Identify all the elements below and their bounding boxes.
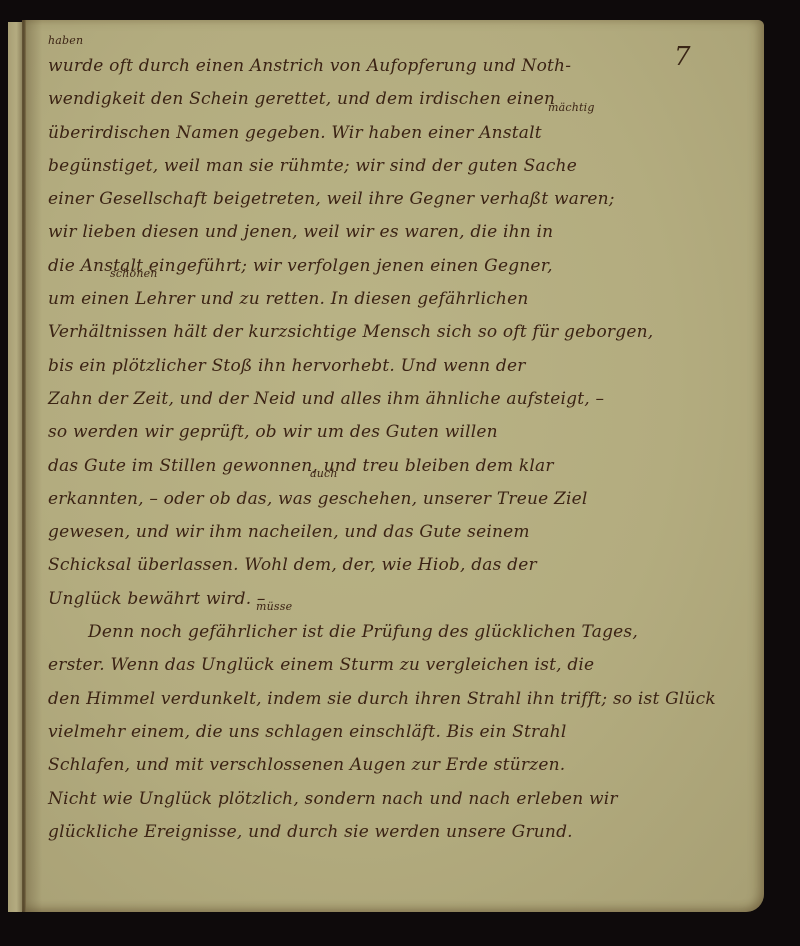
manuscript-line: gewesen, und wir ihm nacheilen, und das …: [48, 516, 668, 549]
manuscript-page: 7 haben wurde oft durch einen Anstrich v…: [22, 20, 764, 912]
manuscript-line: begünstiget, weil man sie rühmte; wir si…: [48, 150, 668, 183]
interlinear-insertion: haben: [48, 34, 83, 48]
interlinear-insertion: müsse: [256, 600, 292, 614]
line-text: vielmehr einem, die uns schlagen einschl…: [48, 722, 566, 742]
manuscript-line: Unglück bewährt wird. –: [48, 583, 668, 616]
line-text: begünstiget, weil man sie rühmte; wir si…: [48, 156, 577, 176]
line-text: wendigkeit den Schein gerettet, und dem …: [48, 89, 555, 109]
line-text: glückliche Ereignisse, und durch sie wer…: [48, 822, 573, 842]
manuscript-line: haben wurde oft durch einen Anstrich von…: [48, 50, 668, 83]
line-text: einer Gesellschaft beigetreten, weil ihr…: [48, 189, 615, 209]
spine-strip: [8, 22, 22, 912]
line-text: Unglück bewährt wird. –: [48, 589, 266, 609]
line-text: das Gute im Stillen gewonnen, und treu b…: [48, 456, 554, 476]
manuscript-line: so werden wir geprüft, ob wir um des Gut…: [48, 416, 668, 449]
manuscript-line: auch erkannten, – oder ob das, was gesch…: [48, 483, 668, 516]
interlinear-insertion: schönen: [110, 267, 158, 281]
handwritten-text-block: haben wurde oft durch einen Anstrich von…: [48, 50, 668, 849]
manuscript-line: Zahn der Zeit, und der Neid und alles ih…: [48, 383, 668, 416]
line-text: den Himmel verdunkelt, indem sie durch i…: [48, 689, 716, 709]
line-text: Schlafen, und mit verschlossenen Augen z…: [48, 755, 565, 775]
line-text: überirdischen Namen gegeben. Wir haben e…: [48, 123, 542, 143]
line-text: bis ein plötzlicher Stoß ihn hervorhebt.…: [48, 356, 526, 376]
manuscript-line: den Himmel verdunkelt, indem sie durch i…: [48, 683, 668, 716]
line-text: erkannten, – oder ob das, was geschehen,…: [48, 489, 588, 509]
manuscript-line-paragraph-start: müsse Denn noch gefährlicher ist die Prü…: [48, 616, 668, 649]
interlinear-insertion: auch: [310, 467, 338, 481]
manuscript-line: Nicht wie Unglück plötzlich, sondern nac…: [48, 783, 668, 816]
manuscript-line: erster. Wenn das Unglück einem Sturm zu …: [48, 649, 668, 682]
line-text: erster. Wenn das Unglück einem Sturm zu …: [48, 655, 594, 675]
line-text: Zahn der Zeit, und der Neid und alles ih…: [48, 389, 604, 409]
binding-shadow: [26, 20, 42, 912]
manuscript-line: bis ein plötzlicher Stoß ihn hervorhebt.…: [48, 350, 668, 383]
manuscript-line: Schicksal überlassen. Wohl dem, der, wie…: [48, 549, 668, 582]
manuscript-line: schönen um einen Lehrer und zu retten. I…: [48, 283, 668, 316]
manuscript-line: Schlafen, und mit verschlossenen Augen z…: [48, 749, 668, 782]
manuscript-line: glückliche Ereignisse, und durch sie wer…: [48, 816, 668, 849]
manuscript-line: Verhältnissen hält der kurzsichtige Mens…: [48, 316, 668, 349]
line-text: Schicksal überlassen. Wohl dem, der, wie…: [48, 555, 537, 575]
manuscript-line: das Gute im Stillen gewonnen, und treu b…: [48, 450, 668, 483]
scan-background: 7 haben wurde oft durch einen Anstrich v…: [0, 0, 800, 946]
line-text: so werden wir geprüft, ob wir um des Gut…: [48, 422, 498, 442]
page-number: 7: [674, 42, 691, 72]
line-text: um einen Lehrer und zu retten. In diesen…: [48, 289, 529, 309]
manuscript-line: einer Gesellschaft beigetreten, weil ihr…: [48, 183, 668, 216]
interlinear-insertion: mächtig: [548, 101, 595, 115]
manuscript-line: mächtig überirdischen Namen gegeben. Wir…: [48, 117, 668, 150]
line-text: Verhältnissen hält der kurzsichtige Mens…: [48, 322, 653, 342]
line-text: Nicht wie Unglück plötzlich, sondern nac…: [48, 789, 618, 809]
manuscript-line: wir lieben diesen und jenen, weil wir es…: [48, 216, 668, 249]
line-text: gewesen, und wir ihm nacheilen, und das …: [48, 522, 530, 542]
line-text: wir lieben diesen und jenen, weil wir es…: [48, 222, 553, 242]
line-text: Denn noch gefährlicher ist die Prüfung d…: [88, 622, 638, 642]
line-text: wurde oft durch einen Anstrich von Aufop…: [48, 56, 571, 76]
manuscript-line: vielmehr einem, die uns schlagen einschl…: [48, 716, 668, 749]
